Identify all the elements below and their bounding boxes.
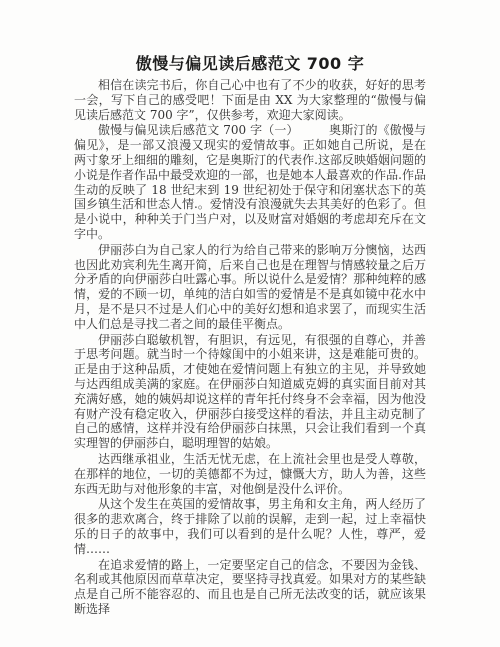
document-page: 傲慢与偏见读后感范文 700 字 相信在读完书后，你自己心中也有了不少的收获，好… bbox=[0, 0, 500, 647]
paragraph-darcy-character: 达西继承祖业，生活无忧无虑，在上流社会里也是受人尊敬，在那样的地位，一切的美德都… bbox=[74, 452, 426, 496]
document-body: 相信在读完书后，你自己心中也有了不少的收获，好好的思考一会，写下自己的感受吧！下… bbox=[74, 78, 426, 617]
paragraph-conclusion: 在追求爱情的路上，一定要坚定自己的信念，不要因为金钱、名利或其他原因而草草决定，… bbox=[74, 558, 426, 617]
paragraph-essay-heading-and-overview: 傲慢与偏见读后感范文 700 字（一） 奥斯汀的《傲慢与偏见》，是一部又浪漫又现… bbox=[74, 123, 426, 241]
paragraph-elizabeth-character: 伊丽莎白聪敏机智，有胆识，有远见，有很强的自尊心，并善于思考问题。就当时一个待嫁… bbox=[74, 333, 426, 451]
document-title: 傲慢与偏见读后感范文 700 字 bbox=[0, 54, 500, 73]
paragraph-intro: 相信在读完书后，你自己心中也有了不少的收获，好好的思考一会，写下自己的感受吧！下… bbox=[74, 78, 426, 122]
paragraph-story-summary: 从这个发生在英国的爱情故事，男主角和女主角，两人经历了很多的悲欢离合，终于排除了… bbox=[74, 497, 426, 556]
paragraph-elizabeth-darcy-love: 伊丽莎白为自己家人的行为给自己带来的影响万分懊恼，达西也因此劝宾利先生离开简，后… bbox=[74, 243, 426, 332]
